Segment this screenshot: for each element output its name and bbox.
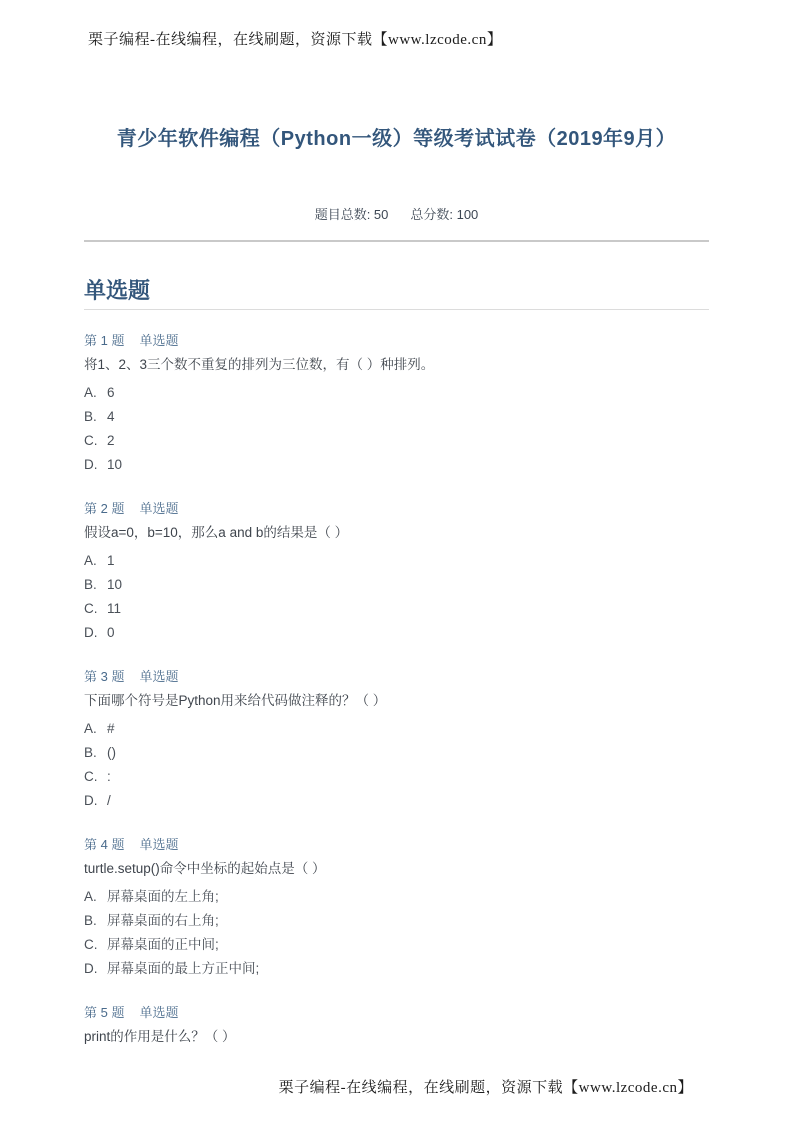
option-row: D./ <box>84 789 709 813</box>
question-text: turtle.setup()命令中坐标的起始点是（ ） <box>84 860 709 877</box>
question-type-label: 单选题 <box>139 837 178 852</box>
option-letter: C. <box>84 933 107 957</box>
option-text: 屏幕桌面的左上角; <box>107 885 219 909</box>
question-block: 第 3 题单选题 下面哪个符号是Python用来给代码做注释的？（ ） A.# … <box>84 668 709 813</box>
option-row: D.0 <box>84 621 709 645</box>
question-type-label: 单选题 <box>139 333 178 348</box>
option-text: 10 <box>107 453 122 477</box>
options-list: A.1 B.10 C.11 D.0 <box>84 549 709 645</box>
option-text: : <box>107 765 111 789</box>
questions-container: 第 1 题单选题 将1、2、3三个数不重复的排列为三位数，有（ ）种排列。 A.… <box>84 332 709 1045</box>
option-text: 屏幕桌面的右上角; <box>107 909 219 933</box>
options-list: A.# B.() C.: D./ <box>84 717 709 813</box>
option-text: 屏幕桌面的正中间; <box>107 933 219 957</box>
option-row: A.屏幕桌面的左上角; <box>84 885 709 909</box>
option-row: D.屏幕桌面的最上方正中间; <box>84 957 709 981</box>
page-title: 青少年软件编程（Python一级）等级考试试卷（2019年9月） <box>84 126 709 153</box>
option-letter: A. <box>84 717 107 741</box>
option-text: () <box>107 741 116 765</box>
option-row: B.() <box>84 741 709 765</box>
option-letter: B. <box>84 405 107 429</box>
option-text: 屏幕桌面的最上方正中间; <box>107 957 259 981</box>
option-letter: B. <box>84 741 107 765</box>
footer-watermark: 栗子编程-在线编程，在线刷题，资源下载【www.lzcode.cn】 <box>84 1076 693 1097</box>
option-letter: B. <box>84 573 107 597</box>
question-block: 第 5 题单选题 print的作用是什么？（ ） <box>84 1004 709 1045</box>
total-questions-stat: 题目总数: 50 <box>315 207 389 222</box>
option-text: # <box>107 717 115 741</box>
question-number: 第 5 题 <box>84 1005 124 1020</box>
section-heading-single-choice: 单选题 <box>84 277 709 304</box>
question-text: print的作用是什么？（ ） <box>84 1028 709 1045</box>
question-label: 第 3 题单选题 <box>84 668 709 685</box>
option-letter: A. <box>84 381 107 405</box>
option-text: 10 <box>107 573 122 597</box>
option-text: 4 <box>107 405 115 429</box>
option-row: C.屏幕桌面的正中间; <box>84 933 709 957</box>
options-list: A.屏幕桌面的左上角; B.屏幕桌面的右上角; C.屏幕桌面的正中间; D.屏幕… <box>84 885 709 981</box>
question-number: 第 2 题 <box>84 501 124 516</box>
question-label: 第 1 题单选题 <box>84 332 709 349</box>
exam-stats: 题目总数: 50总分数: 100 <box>84 206 709 223</box>
option-row: A.1 <box>84 549 709 573</box>
page-content: 青少年软件编程（Python一级）等级考试试卷（2019年9月） 题目总数: 5… <box>0 126 793 1045</box>
question-text: 将1、2、3三个数不重复的排列为三位数，有（ ）种排列。 <box>84 356 709 373</box>
total-score-stat: 总分数: 100 <box>410 207 478 222</box>
option-row: C.11 <box>84 597 709 621</box>
option-letter: A. <box>84 549 107 573</box>
option-text: 1 <box>107 549 115 573</box>
option-letter: D. <box>84 789 107 813</box>
option-row: A.6 <box>84 381 709 405</box>
question-number: 第 3 题 <box>84 669 124 684</box>
question-number: 第 1 题 <box>84 333 124 348</box>
option-letter: C. <box>84 765 107 789</box>
option-letter: C. <box>84 429 107 453</box>
options-list: A.6 B.4 C.2 D.10 <box>84 381 709 477</box>
question-text: 下面哪个符号是Python用来给代码做注释的？（ ） <box>84 692 709 709</box>
option-row: B.屏幕桌面的右上角; <box>84 909 709 933</box>
question-type-label: 单选题 <box>139 669 178 684</box>
option-letter: D. <box>84 621 107 645</box>
option-letter: C. <box>84 597 107 621</box>
question-label: 第 2 题单选题 <box>84 500 709 517</box>
option-text: 11 <box>107 597 121 621</box>
option-text: 0 <box>107 621 115 645</box>
option-row: C.2 <box>84 429 709 453</box>
question-block: 第 2 题单选题 假设a=0，b=10，那么a and b的结果是（ ） A.1… <box>84 500 709 645</box>
option-row: B.4 <box>84 405 709 429</box>
question-type-label: 单选题 <box>139 501 178 516</box>
question-block: 第 4 题单选题 turtle.setup()命令中坐标的起始点是（ ） A.屏… <box>84 836 709 981</box>
header-watermark: 栗子编程-在线编程，在线刷题，资源下载【www.lzcode.cn】 <box>88 28 502 49</box>
option-letter: D. <box>84 957 107 981</box>
question-label: 第 4 题单选题 <box>84 836 709 853</box>
question-text: 假设a=0，b=10，那么a and b的结果是（ ） <box>84 524 709 541</box>
option-row: D.10 <box>84 453 709 477</box>
option-row: A.# <box>84 717 709 741</box>
section-divider <box>84 240 709 242</box>
heading-underline <box>84 309 709 310</box>
option-text: / <box>107 789 111 813</box>
question-number: 第 4 题 <box>84 837 124 852</box>
question-type-label: 单选题 <box>139 1005 178 1020</box>
option-letter: D. <box>84 453 107 477</box>
option-letter: A. <box>84 885 107 909</box>
question-label: 第 5 题单选题 <box>84 1004 709 1021</box>
option-row: B.10 <box>84 573 709 597</box>
option-row: C.: <box>84 765 709 789</box>
option-letter: B. <box>84 909 107 933</box>
option-text: 6 <box>107 381 115 405</box>
option-text: 2 <box>107 429 115 453</box>
question-block: 第 1 题单选题 将1、2、3三个数不重复的排列为三位数，有（ ）种排列。 A.… <box>84 332 709 477</box>
